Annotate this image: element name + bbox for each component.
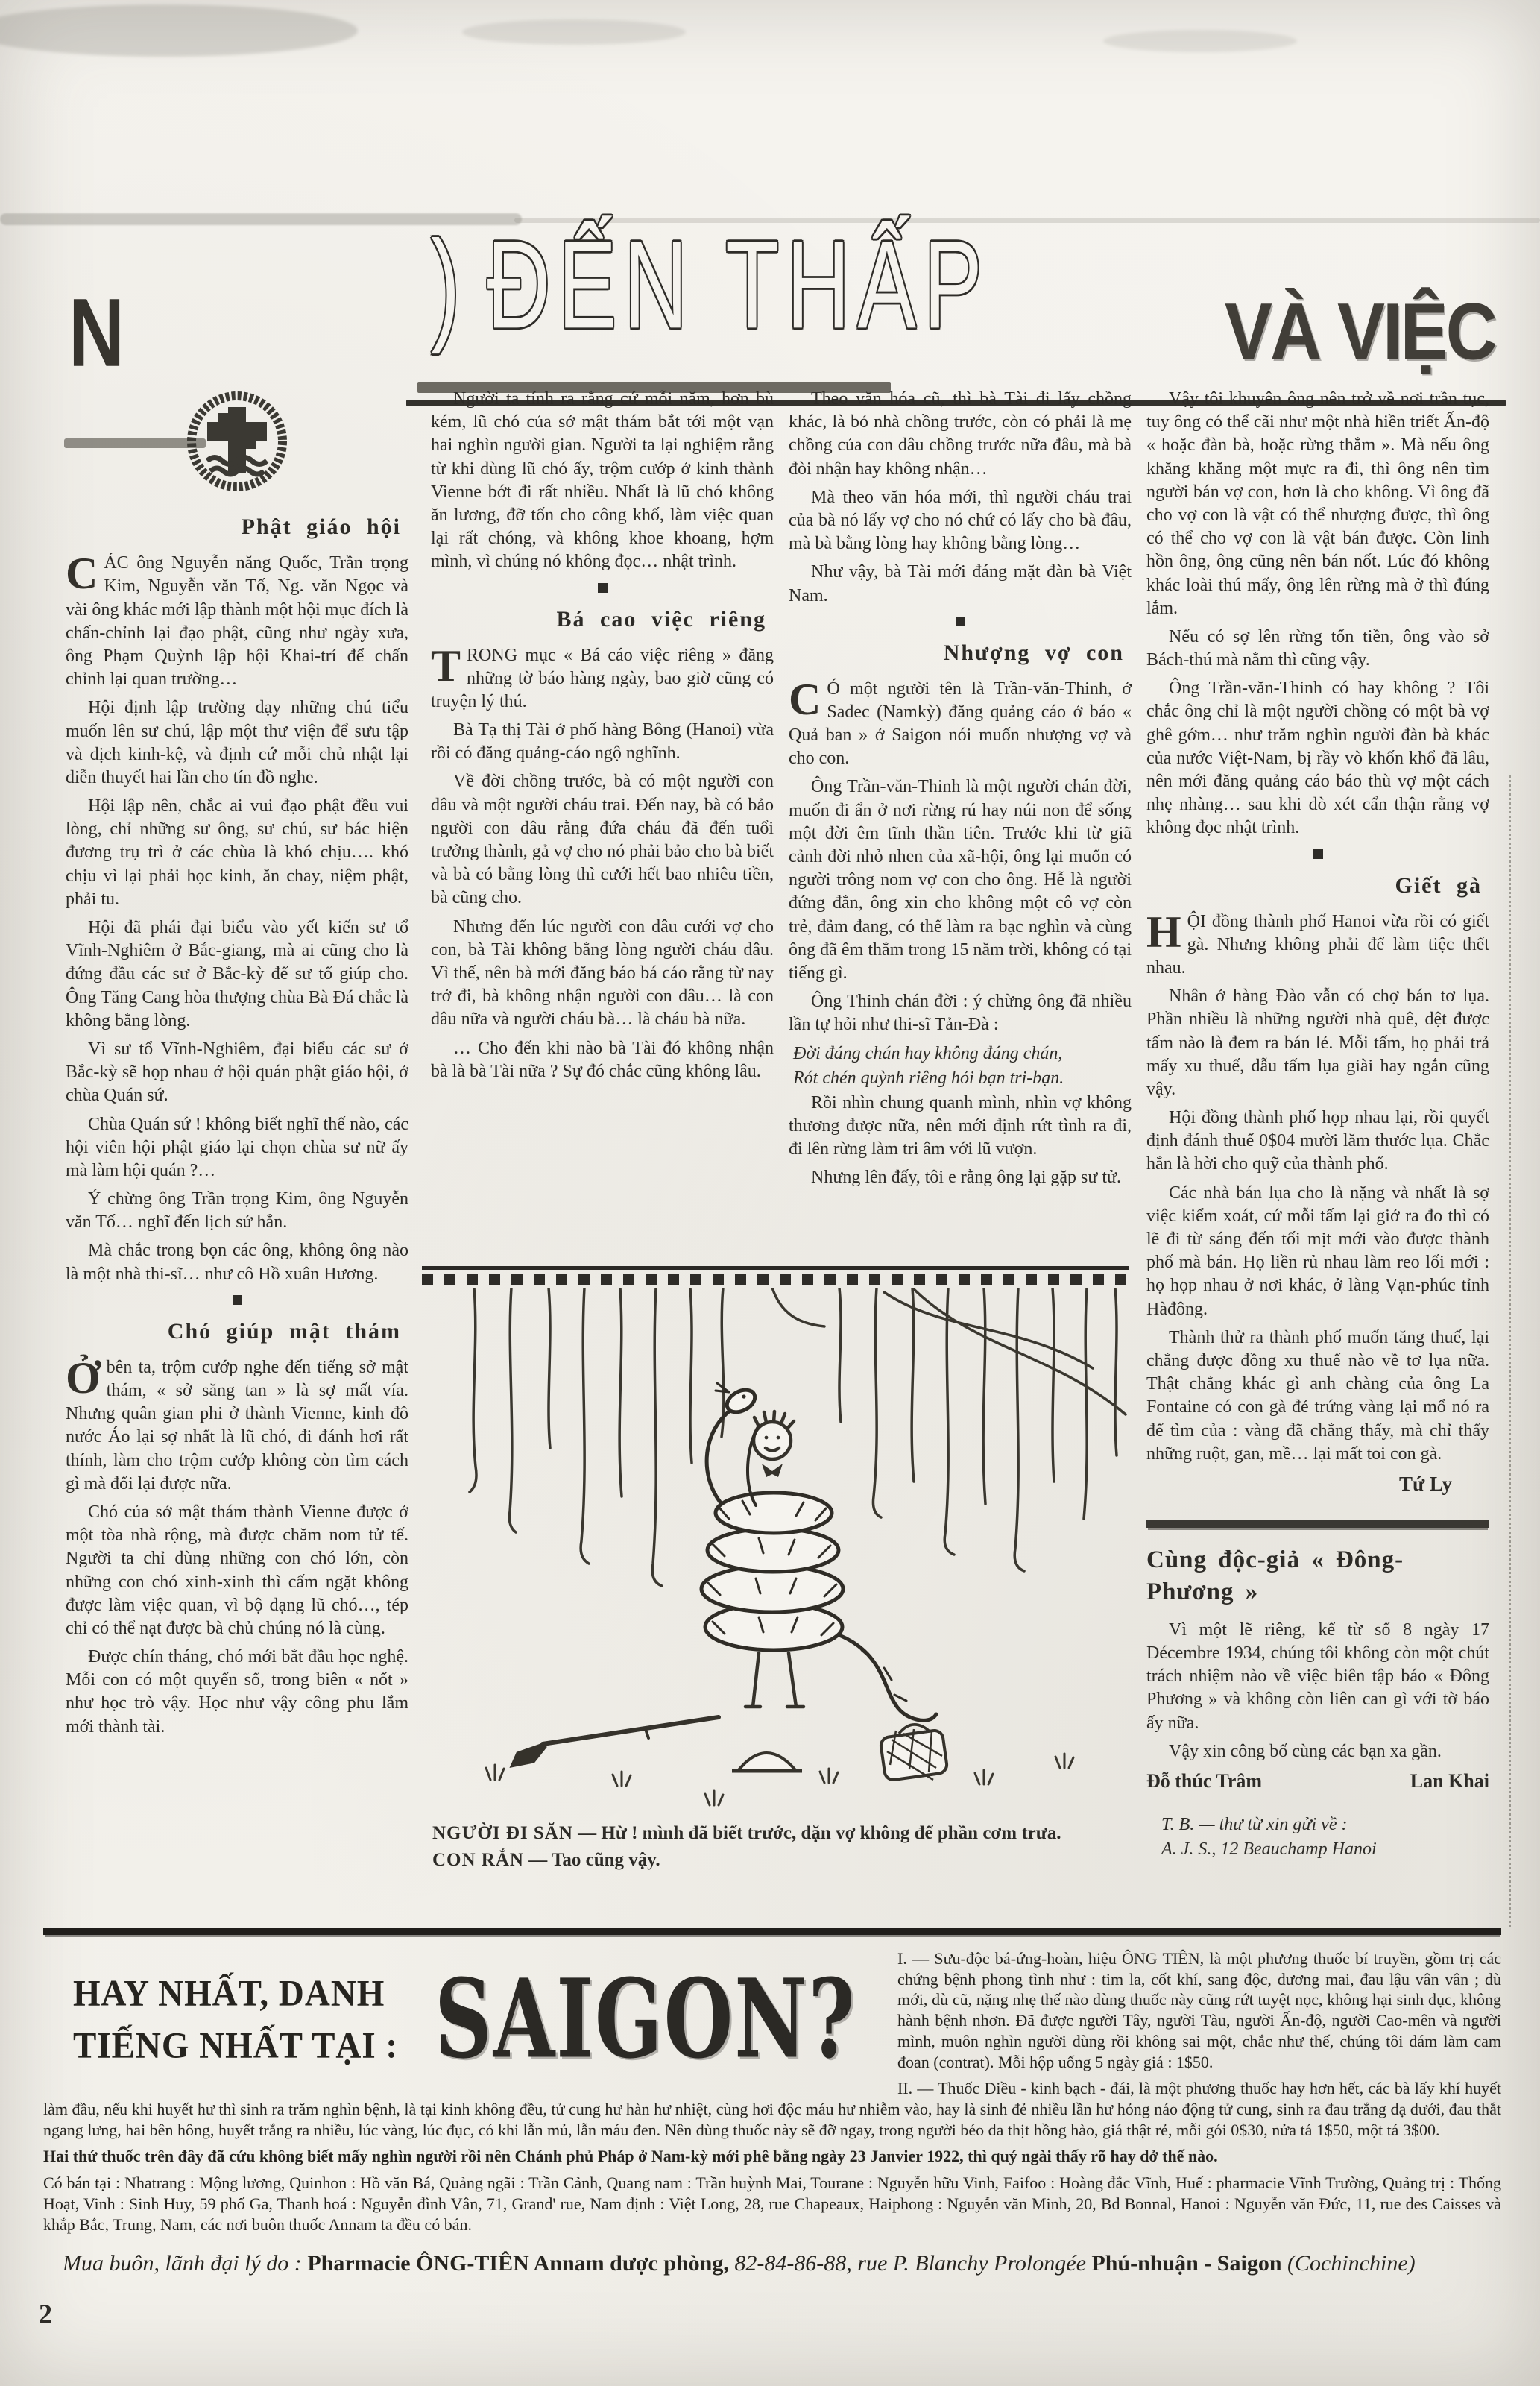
- ad-footer-lead: Mua buôn, lãnh đại lý do :: [63, 2251, 302, 2276]
- ad-taglines: HAY NHẤT, DANH TIẾNG NHẤT TẠI :: [43, 1968, 435, 2073]
- paragraph-text: bên ta, trộm cướp nghe đến tiếng sở mật …: [66, 1358, 408, 1493]
- ad-item-4: Có bán tại : Nhatrang : Mộng lương, Quin…: [43, 2173, 1501, 2235]
- buddhist-emblem: [66, 389, 408, 500]
- notice-top-rule: [1146, 1520, 1489, 1528]
- scan-smudge: [1103, 30, 1297, 52]
- paragraph: Vậy tôi khuyên ông nên trở về nơi trần t…: [1146, 388, 1489, 620]
- caption-line-snake: CON RẮN — Tao cũng vậy.: [432, 1847, 1129, 1874]
- ad-footer-line: Mua buôn, lãnh đại lý do : Pharmacie ÔNG…: [43, 2250, 1501, 2278]
- paragraph: Các nhà bán lụa cho là nặng và nhất là s…: [1146, 1182, 1489, 1321]
- caption-speaker: CON RẮN: [432, 1850, 524, 1870]
- article-heading-phat-giao-hoi: Phật giáo hội: [66, 512, 408, 541]
- caption-line-hunter: NGƯỜI ĐI SĂN — Hừ ! mình đã biết trước, …: [432, 1820, 1129, 1847]
- caption-speaker: NGƯỜI ĐI SĂN: [432, 1823, 573, 1843]
- paragraph: Về đời chồng trước, bà có một người con …: [431, 770, 774, 910]
- scan-smudge: [0, 4, 358, 57]
- section-divider-square: [598, 583, 608, 593]
- newspaper-page: N )ĐẾN THẤP VÀ VIỆC Phật giáo hội CÁC ôn…: [0, 0, 1540, 2386]
- paragraph-text: RONG mục « Bá cáo việc riêng » đăng nhữn…: [431, 646, 774, 711]
- cartoon-top-rule: [422, 1266, 1129, 1270]
- ad-body: HAY NHẤT, DANH TIẾNG NHẤT TẠI : SAIGON? …: [43, 1938, 1501, 2278]
- paragraph: Chùa Quán sứ ! không biết nghĩ thế nào, …: [66, 1113, 408, 1183]
- column-fold-line: [1509, 775, 1511, 1927]
- ad-footer-pharmacy: Pharmacie ÔNG-TIÊN Annam dược phòng,: [307, 2251, 729, 2276]
- paragraph-text: Ó một người tên là Trần-văn-Thinh, ở Sad…: [789, 679, 1132, 769]
- paragraph: Hội đồng thành phố họp nhau lại, rồi quy…: [1146, 1107, 1489, 1177]
- bag: [880, 1725, 947, 1781]
- verse-line: Rót chén quỳnh riêng hỏi bạn tri-bạn.: [789, 1067, 1132, 1090]
- ad-tagline-2: TIẾNG NHẤT TẠI :: [73, 2018, 435, 2074]
- paragraph: Thành thử ra thành phố muốn tăng thuế, l…: [1146, 1326, 1489, 1466]
- column-4: Vậy tôi khuyên ông nên trở về nơi trần t…: [1146, 388, 1489, 1925]
- notice-paragraph: Vì một lẽ riêng, kể từ số 8 ngày 17 Déce…: [1146, 1619, 1489, 1735]
- column-1: Phật giáo hội CÁC ông Nguyễn năng Quốc, …: [66, 388, 408, 1925]
- paragraph: Ông Trần-văn-Thinh có hay không ? Tôi ch…: [1146, 677, 1489, 840]
- caption-text: — Tao cũng vậy.: [524, 1850, 660, 1870]
- paragraph: Mà chắc trong bọn các ông, không ông nào…: [66, 1239, 408, 1285]
- column-3: Theo văn hóa cũ, thì bà Tài đi lấy chồng…: [789, 388, 1132, 1271]
- verse-line: Đời đáng chán hay không đáng chán,: [789, 1042, 1132, 1065]
- paragraph: CÁC ông Nguyễn năng Quốc, Trần trọng Kim…: [66, 552, 408, 691]
- paragraph: Vì sư tổ Vĩnh-Nghiêm, đại biểu các sư ở …: [66, 1038, 408, 1108]
- snake: [701, 1383, 936, 1720]
- paragraph: Được chín tháng, chó mới bắt đầu học ngh…: [66, 1646, 408, 1739]
- cartoon-panel: NGƯỜI ĐI SĂN — Hừ ! mình đã biết trước, …: [422, 1266, 1129, 1924]
- masthead-subtitle: VÀ VIỆC: [1225, 292, 1495, 373]
- dropcap-letter: H: [1146, 910, 1187, 951]
- ad-footer-city: Phú-nhuận - Saigon: [1091, 2251, 1281, 2276]
- paragraph: Rồi nhìn chung quanh mình, nhìn vợ không…: [789, 1092, 1132, 1162]
- paragraph: Ý chừng ông Trần trọng Kim, ông Nguyễn v…: [66, 1188, 408, 1234]
- paragraph: Ông Trần-văn-Thinh là một người chán đời…: [789, 775, 1132, 985]
- article-heading-giet-ga: Giết gà: [1146, 871, 1489, 900]
- ad-headline-block: HAY NHẤT, DANH TIẾNG NHẤT TẠI : SAIGON?: [43, 1948, 878, 2091]
- paragraph: Bà Tạ thị Tài ở phố hàng Bông (Hanoi) vừ…: [431, 719, 774, 765]
- scan-smudge: [462, 19, 686, 45]
- notice-signature-left: Đỗ thúc Trâm: [1146, 1769, 1262, 1794]
- notice-signatures: Đỗ thúc Trâm Lan Khai: [1146, 1769, 1489, 1794]
- paragraph: Nhưng lên đấy, tôi e rằng ông lại gặp sư…: [789, 1166, 1132, 1189]
- notice-postscript: T. B. — thư từ xin gửi về :: [1146, 1813, 1489, 1836]
- paragraph: Chó của sở mật thám thành Vienne được ở …: [66, 1501, 408, 1640]
- ad-item-3: Hai thứ thuốc trên đây đã cứu không biết…: [43, 2146, 1501, 2167]
- dropcap-letter: Ở: [66, 1356, 107, 1397]
- dropcap-letter: C: [66, 552, 104, 592]
- paragraph: Mà theo văn hóa mới, thì người cháu trai…: [789, 486, 1132, 556]
- article-heading-cho-giup-mat-tham: Chó giúp mật thám: [66, 1317, 408, 1346]
- notice-signature-right: Lan Khai: [1410, 1769, 1489, 1794]
- notice-postscript-address: A. J. S., 12 Beauchamp Hanoi: [1146, 1838, 1489, 1861]
- section-divider-square: [233, 1295, 242, 1305]
- section-divider-square: [956, 617, 965, 626]
- paragraph: Hội lập nên, chắc ai vui đạo phật đều vu…: [66, 795, 408, 911]
- paragraph: … Cho đến khi nào bà Tài đó không nhận b…: [431, 1037, 774, 1083]
- paragraph: Người ta tính ra rằng cứ mỗi năm, hơn bù…: [431, 388, 774, 574]
- notice-paragraph: Vậy xin công bố cùng các bạn xa gần.: [1146, 1740, 1489, 1763]
- cartoon-caption: NGƯỜI ĐI SĂN — Hừ ! mình đã biết trước, …: [422, 1820, 1129, 1875]
- paragraph: HỘI đồng thành phố Hanoi vừa rồi có giết…: [1146, 910, 1489, 980]
- paragraph-text: ÁC ông Nguyễn năng Quốc, Trần trọng Kim,…: [66, 553, 408, 689]
- author-signature: Tứ Ly: [1146, 1471, 1489, 1497]
- masthead-title-text: ĐẾN THẤP: [487, 221, 990, 352]
- notice-heading: Cùng độc-giả « Đông-Phương »: [1146, 1544, 1489, 1608]
- ad-footer-address: 82-84-86-88, rue P. Blanchy Prolongée: [734, 2251, 1086, 2276]
- buddhist-emblem-icon: [185, 389, 289, 494]
- paragraph: Theo văn hóa cũ, thì bà Tài đi lấy chồng…: [789, 388, 1132, 481]
- dropcap-letter: C: [789, 678, 827, 718]
- ad-tagline-1: HAY NHẤT, DANH: [73, 1966, 435, 2021]
- paragraph: Nhân ở hàng Đào vẫn có chợ bán tơ lụa. P…: [1146, 985, 1489, 1101]
- article-heading-nhuong-vo-con: Nhượng vợ con: [789, 638, 1132, 667]
- masthead-title: )ĐẾN THẤP: [431, 221, 990, 313]
- masthead: N )ĐẾN THẤP VÀ VIỆC: [0, 221, 1540, 415]
- rifle: [511, 1717, 719, 1766]
- section-divider-square: [1313, 849, 1323, 859]
- paragraph: Ông Thinh chán đời : ý chừng ông đã nhiề…: [789, 990, 1132, 1036]
- dropcap-letter: T: [431, 644, 467, 684]
- ad-saigon-headline: SAIGON?: [435, 1951, 856, 2088]
- paragraph: Hội định lập trường dạy những chú tiểu m…: [66, 696, 408, 790]
- paragraph: Ởbên ta, trộm cướp nghe đến tiếng sở mật…: [66, 1356, 408, 1496]
- masthead-title-prefix: ): [431, 221, 467, 352]
- column-2: Người ta tính ra rằng cứ mỗi năm, hơn bù…: [431, 388, 774, 1266]
- ad-footer-region: (Cochinchine): [1287, 2251, 1416, 2276]
- paragraph: Như vậy, bà Tài mới đáng mặt đàn bà Việt…: [789, 561, 1132, 607]
- article-heading-ba-cao-viec-rieng: Bá cao việc riêng: [431, 605, 774, 634]
- advertisement: HAY NHẤT, DANH TIẾNG NHẤT TẠI : SAIGON? …: [43, 1928, 1501, 2278]
- paragraph: CÓ một người tên là Trần-văn-Thinh, ở Sa…: [789, 678, 1132, 771]
- cartoon-border-squares: [422, 1274, 1129, 1285]
- paragraph: Nếu có sợ lên rừng tốn tiền, ông vào sở …: [1146, 626, 1489, 672]
- paragraph: TRONG mục « Bá cáo việc riêng » đăng nhữ…: [431, 644, 774, 714]
- ad-top-rule: [43, 1928, 1501, 1935]
- paragraph-text: ỘI đồng thành phố Hanoi vừa rồi có giết …: [1146, 912, 1489, 978]
- paragraph: Nhưng đến lúc người con dâu cưới vợ cho …: [431, 916, 774, 1032]
- masthead-fragment-n: N: [69, 285, 122, 382]
- caption-text: — Hừ ! mình đã biết trước, dặn vợ không …: [573, 1823, 1061, 1843]
- hat: [732, 1753, 802, 1771]
- cartoon-illustration: [422, 1288, 1129, 1820]
- paragraph: Hội đã phái đại biểu vào yết kiến sư tổ …: [66, 916, 408, 1033]
- page-number: 2: [39, 2298, 52, 2329]
